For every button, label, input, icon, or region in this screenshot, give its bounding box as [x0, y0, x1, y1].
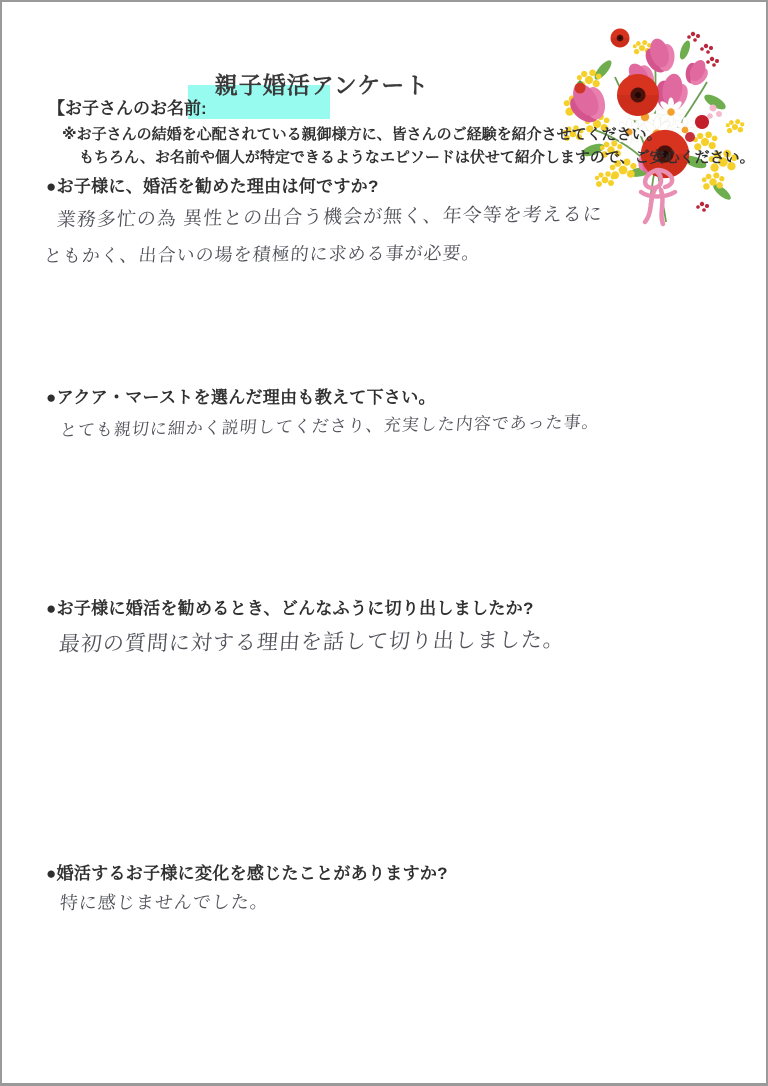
child-name-label: 【お子さんのお名前:: [48, 94, 207, 119]
question-2-answer-line-1: とても親切に細かく説明してくださり、充実した内容であった事。: [59, 408, 601, 442]
survey-page: 親子婚活アンケート 【お子さんのお名前: ※お子さんの結婚を心配されている親御様…: [0, 0, 768, 1086]
question-1-answer-line-1: 業務多忙の為 異性との出合う機会が無く、年令等を考えるに: [56, 199, 604, 232]
intro-note-line1: ※お子さんの結婚を心配されている親御様方に、皆さんのご経験を紹介させてください。: [62, 123, 662, 144]
question-3-answer-line-1: 最初の質問に対する理由を話して切り出しました。: [58, 624, 566, 658]
question-4-label: ●婚活するお子様に変化を感じたことがありますか?: [46, 859, 448, 884]
question-1-label: ●お子様に、婚活を勧めた理由は何ですか?: [46, 172, 379, 197]
question-2-label: ●アクア・マーストを選んだ理由も教えて下さい。: [46, 383, 436, 408]
question-3-label: ●お子様に婚活を勧めるとき、どんなふうに切り出しましたか?: [46, 594, 534, 619]
intro-note-line2: もちろん、お名前や個人が特定できるようなエピソードは伏せて紹介しますので、ご安心…: [79, 146, 755, 167]
question-1-answer-line-2: ともかく、出合いの場を積極的に求める事が必要。: [43, 239, 482, 268]
question-4-answer-line-1: 特に感じませんでした。: [59, 888, 270, 915]
